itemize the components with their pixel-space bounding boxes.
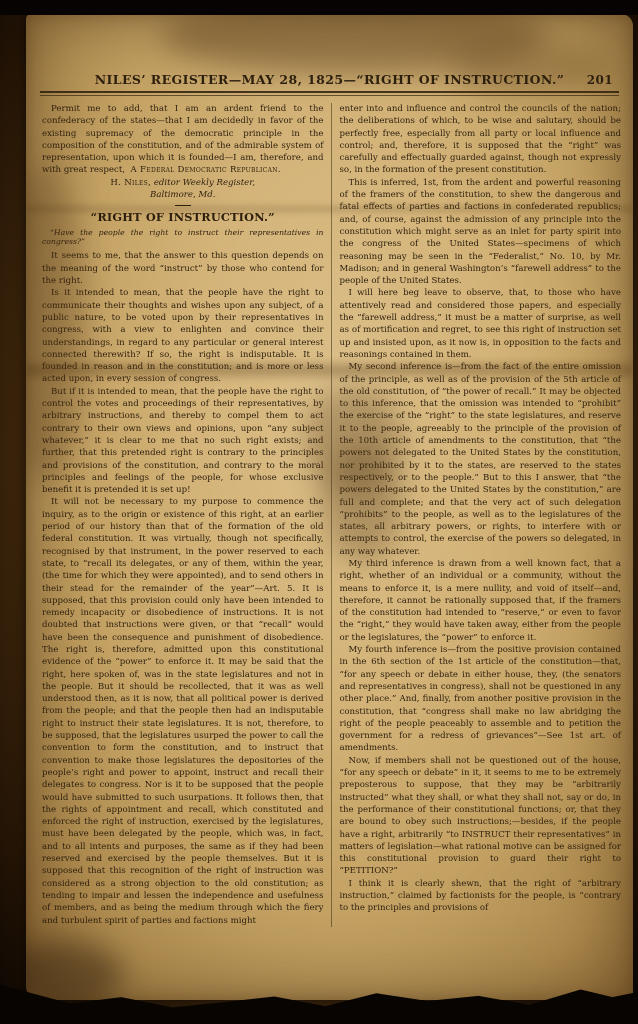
paragraph: My third inference is drawn from a well … bbox=[340, 558, 622, 644]
closing-paragraph: Permit me to add, that I am an ardent fr… bbox=[42, 103, 324, 177]
section-divider bbox=[175, 205, 191, 206]
two-column-body: Permit me to add, that I am an ardent fr… bbox=[26, 103, 633, 927]
paragraph: My fourth inference is—from the positive… bbox=[340, 644, 622, 755]
stain-top bbox=[160, 14, 548, 74]
header-rule bbox=[40, 91, 619, 96]
photograph-background: NILES’ REGISTER—MAY 28, 1825—“RIGHT OF I… bbox=[0, 0, 638, 1024]
paragraph: Is it intended to mean, that the people … bbox=[42, 287, 324, 385]
signature-role: editor Weekly Register, bbox=[154, 178, 255, 188]
paragraph: But if it is intended to mean, that the … bbox=[42, 386, 324, 497]
signature-name: H. Niles, bbox=[110, 178, 151, 188]
page-number: 201 bbox=[587, 73, 613, 87]
paragraph: Now, if members shall not be questioned … bbox=[340, 755, 622, 878]
paragraph-continuation: enter into and influence and control the… bbox=[340, 103, 622, 177]
left-column: Permit me to add, that I am an ardent fr… bbox=[42, 103, 331, 927]
paragraph: I think it is clearly shewn, that the ri… bbox=[340, 878, 622, 915]
right-column: enter into and influence and control the… bbox=[331, 103, 622, 927]
photo-top-edge bbox=[0, 0, 638, 15]
paragraph: I will here beg leave to observe, that, … bbox=[340, 287, 622, 361]
paragraph: My second inference is—from the fact of … bbox=[340, 361, 622, 558]
paragraph: It will not be necessary to my purpose t… bbox=[42, 496, 324, 926]
paragraph: This is inferred, 1st, from the ardent a… bbox=[340, 177, 622, 288]
newspaper-page: NILES’ REGISTER—MAY 28, 1825—“RIGHT OF I… bbox=[26, 14, 633, 1000]
stain-bottom-left bbox=[26, 940, 123, 1000]
section-heading: “RIGHT OF INSTRUCTION.” bbox=[42, 211, 324, 223]
paragraph: It seems to me, that the answer to this … bbox=[42, 250, 324, 287]
running-head: NILES’ REGISTER—MAY 28, 1825—“RIGHT OF I… bbox=[26, 72, 633, 87]
question-text: “Have the people the right to instruct t… bbox=[42, 228, 324, 247]
signature-line: H. Niles, editor Weekly Register, bbox=[42, 177, 324, 189]
running-head-title: NILES’ REGISTER—MAY 28, 1825—“RIGHT OF I… bbox=[95, 72, 565, 87]
signature-place: Baltimore, Md. bbox=[42, 189, 324, 201]
signature-title: A Federal Democratic Republican. bbox=[131, 165, 281, 175]
